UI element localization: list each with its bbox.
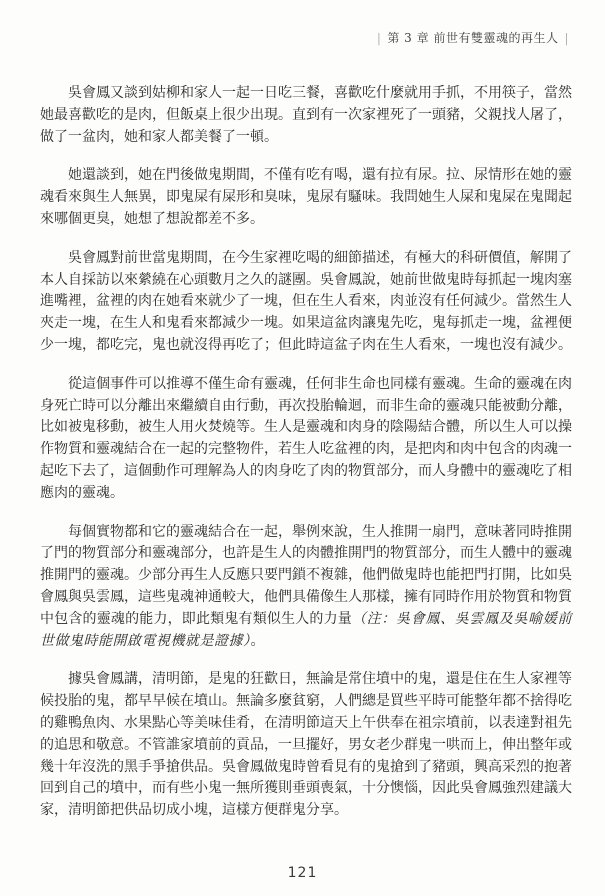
book-page: |第 3 章 前世有雙靈魂的再生人| 吳會鳳又談到姑柳和家人一起一日吃三餐，喜歡… <box>0 0 605 896</box>
paragraph-text: 從這個事件可以推導不僅生命有靈魂，任何非生命也同樣有靈魂。生命的靈魂在肉身死亡時… <box>40 376 572 501</box>
paragraph-text: 據吳會鳳講，清明節，是鬼的狂歡日，無論是常住墳中的鬼，還是住在生人家裡等候投胎的… <box>40 671 572 818</box>
header-divider-left: | <box>371 31 388 45</box>
header-divider-right: | <box>558 31 575 45</box>
paragraph: 吳會鳳又談到姑柳和家人一起一日吃三餐，喜歡吃什麼就用手抓，不用筷子，當然她最喜歡… <box>40 83 572 148</box>
page-number: 121 <box>0 865 605 881</box>
paragraph: 據吳會鳳講，清明節，是鬼的狂歡日，無論是常住墳中的鬼，還是住在生人家裡等候投胎的… <box>40 669 572 822</box>
running-header: |第 3 章 前世有雙靈魂的再生人| <box>371 29 575 46</box>
page-body: 吳會鳳又談到姑柳和家人一起一日吃三餐，喜歡吃什麼就用手抓，不用筷子，當然她最喜歡… <box>40 83 572 822</box>
paragraph: 從這個事件可以推導不僅生命有靈魂，任何非生命也同樣有靈魂。生命的靈魂在肉身死亡時… <box>40 374 572 505</box>
paragraph-text: 。 <box>251 633 265 649</box>
chapter-header-title: 第 3 章 前世有雙靈魂的再生人 <box>387 31 558 45</box>
paragraph: 她還談到，她在門後做鬼期間，不僅有吃有喝，還有拉有尿。拉、尿情形在她的靈魂看來與… <box>40 165 572 230</box>
paragraph: 每個實物都和它的靈魂結合在一起，舉例來說，生人推開一扇門，意味著同時推開了門的物… <box>40 522 572 653</box>
paragraph: 吳會鳳對前世當鬼期間，在今生家裡吃喝的細節描述，有極大的科研價值，解開了本人自採… <box>40 248 572 357</box>
paragraph-text: 吳會鳳對前世當鬼期間，在今生家裡吃喝的細節描述，有極大的科研價值，解開了本人自採… <box>40 250 572 353</box>
paragraph-text: 吳會鳳又談到姑柳和家人一起一日吃三餐，喜歡吃什麼就用手抓，不用筷子，當然她最喜歡… <box>40 85 572 145</box>
paragraph-text: 她還談到，她在門後做鬼期間，不僅有吃有喝，還有拉有尿。拉、尿情形在她的靈魂看來與… <box>40 167 572 227</box>
